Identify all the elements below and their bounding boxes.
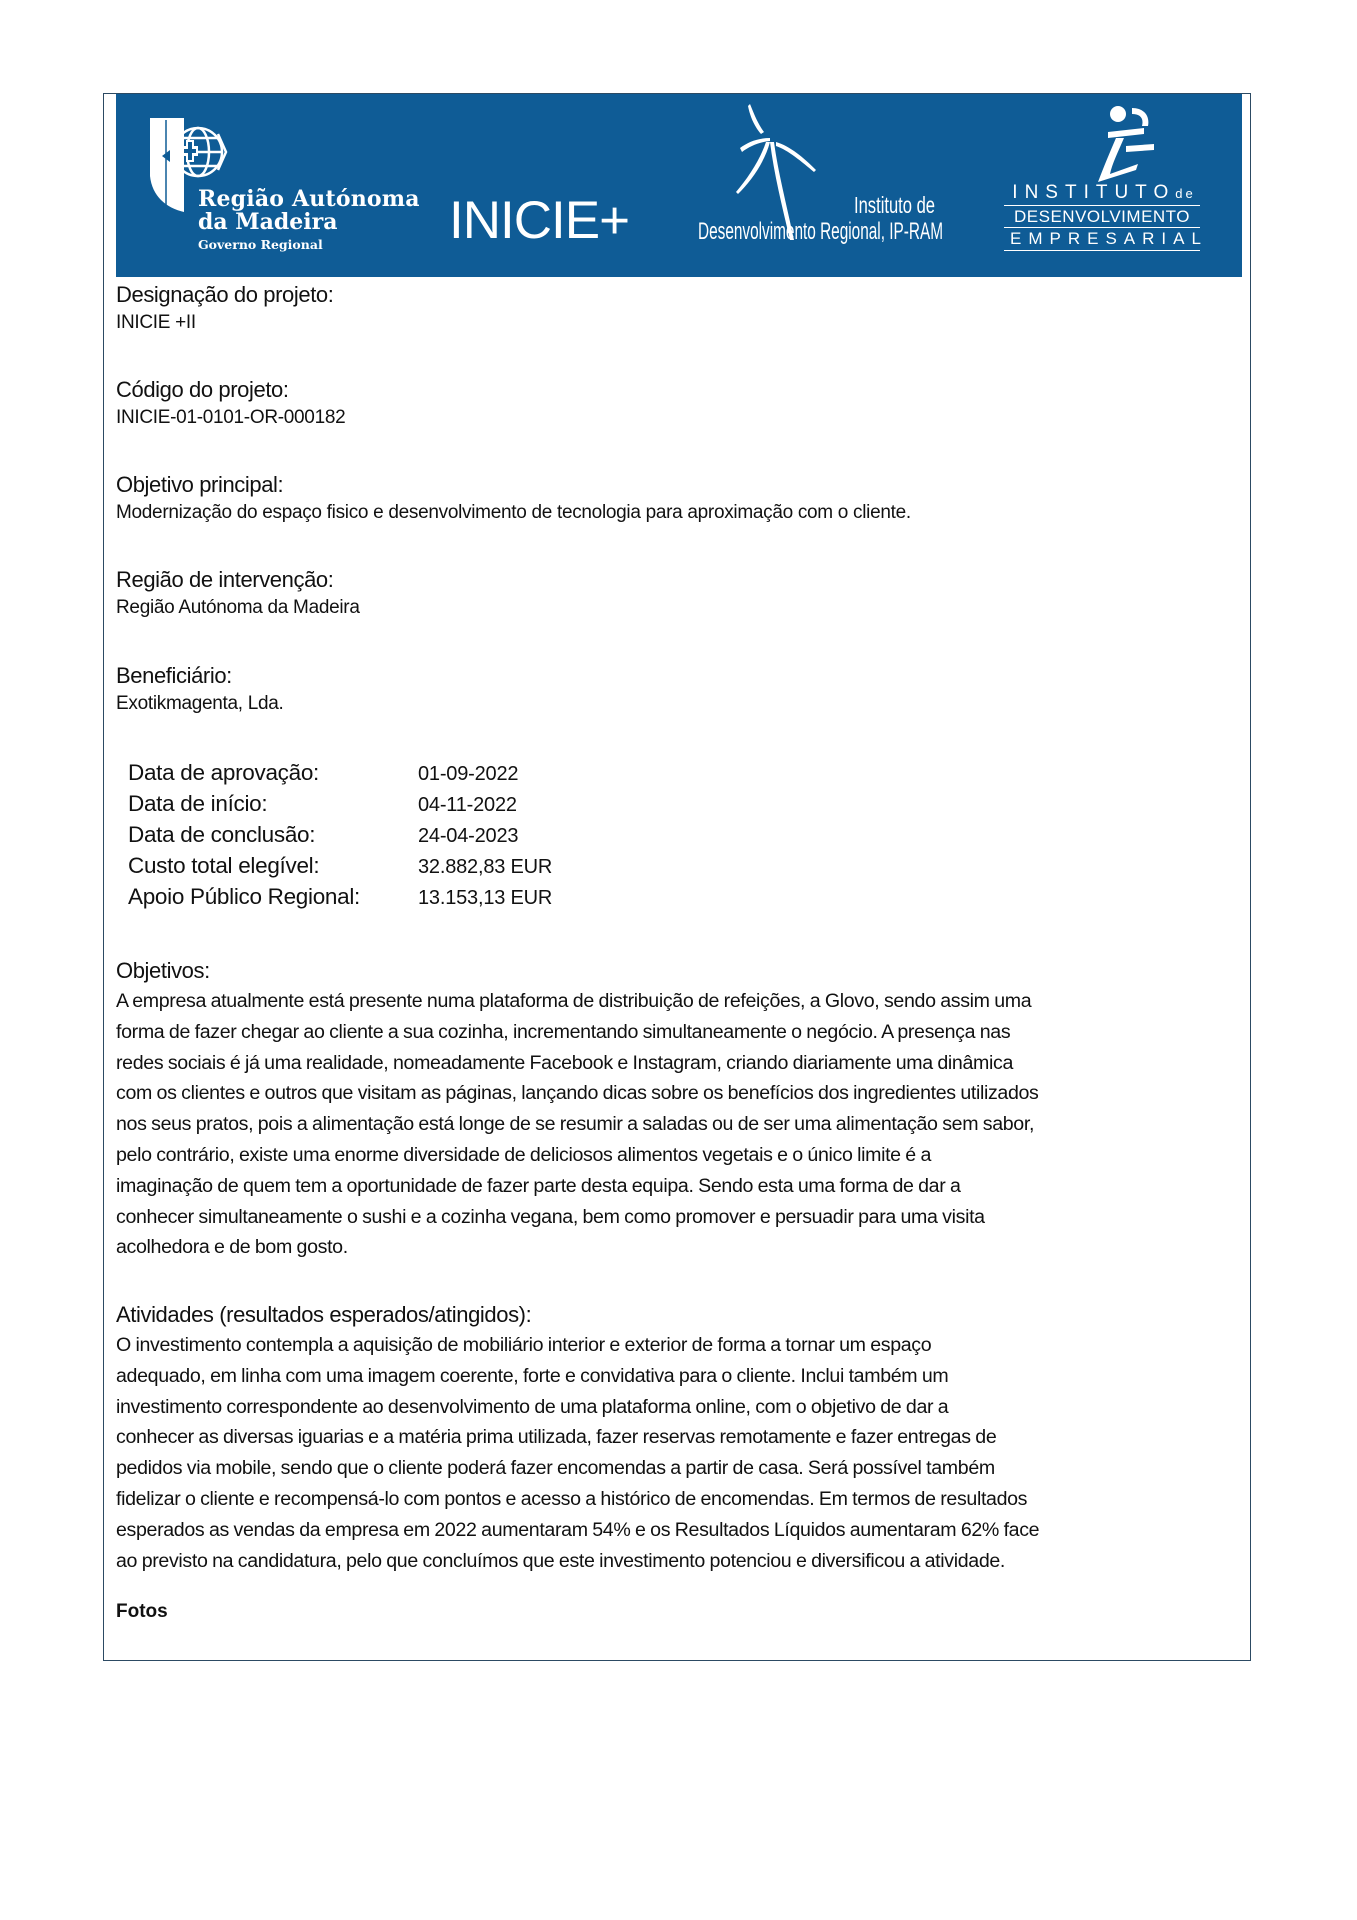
section-value: INICIE-01-0101-OR-000182 xyxy=(116,405,345,431)
paragraph-line: conhecer as diversas iguarias e a matéri… xyxy=(116,1422,1039,1453)
ide-i-symbol-icon xyxy=(1086,104,1166,184)
fact-row: Custo total elegível: 32.882,83 EUR xyxy=(128,853,552,884)
header-banner: Região Autónoma da Madeira Governo Regio… xyxy=(116,94,1242,277)
objetivos-paragraph: A empresa atualmente está presente numa … xyxy=(116,986,1039,1263)
section-label: Designação do projeto: xyxy=(116,280,333,310)
inicie-logo: INICIE+ xyxy=(449,190,629,251)
section-atividades: Atividades (resultados esperados/atingid… xyxy=(116,1300,1039,1576)
section-label: Beneficiário: xyxy=(116,661,284,691)
fact-row: Data de início: 04-11-2022 xyxy=(128,791,552,822)
section-label: Objetivos: xyxy=(116,956,1039,986)
section-objetivo-principal: Objetivo principal: Modernização do espa… xyxy=(116,470,911,526)
project-facts-table: Data de aprovação: 01-09-2022 Data de in… xyxy=(128,760,552,915)
paragraph-line: forma de fazer chegar ao cliente a sua c… xyxy=(116,1017,1039,1048)
paragraph-line: ao previsto na candidatura, pelo que con… xyxy=(116,1546,1039,1577)
section-label: Região de intervenção: xyxy=(116,565,360,595)
paragraph-line: adequado, em linha com uma imagem coeren… xyxy=(116,1361,1039,1392)
paragraph-line: O investimento contempla a aquisição de … xyxy=(116,1330,1039,1361)
section-codigo: Código do projeto: INICIE-01-0101-OR-000… xyxy=(116,375,345,431)
paragraph-line: imaginação de quem tem a oportunidade de… xyxy=(116,1171,1039,1202)
idr-logo-text-line2: Desenvolvimento Regional, IP-RAM xyxy=(698,218,943,246)
paragraph-line: acolhedora e de bom gosto. xyxy=(116,1232,1039,1263)
ide-logo-text: INSTITUTOde DESENVOLVIMENTO EMPRESARIAL xyxy=(1004,182,1200,251)
paragraph-line: com os clientes e outros que visitam as … xyxy=(116,1078,1039,1109)
paragraph-line: investimento correspondente ao desenvolv… xyxy=(116,1392,1039,1423)
paragraph-line: pedidos via mobile, sendo que o cliente … xyxy=(116,1453,1039,1484)
fact-row: Data de aprovação: 01-09-2022 xyxy=(128,760,552,791)
fotos-heading: Fotos xyxy=(116,1601,168,1623)
paragraph-line: redes sociais é já uma realidade, nomead… xyxy=(116,1048,1039,1079)
paragraph-line: fidelizar o cliente e recompensá-lo com … xyxy=(116,1484,1039,1515)
section-label: Código do projeto: xyxy=(116,375,345,405)
section-label: Atividades (resultados esperados/atingid… xyxy=(116,1300,1039,1330)
section-designacao: Designação do projeto: INICIE +II xyxy=(116,280,333,336)
section-beneficiario: Beneficiário: Exotikmagenta, Lda. xyxy=(116,661,284,717)
section-value: Exotikmagenta, Lda. xyxy=(116,691,284,717)
section-label: Objetivo principal: xyxy=(116,470,911,500)
section-regiao: Região de intervenção: Região Autónoma d… xyxy=(116,565,360,621)
paragraph-line: nos seus pratos, pois a alimentação está… xyxy=(116,1109,1039,1140)
paragraph-line: conhecer simultaneamente o sushi e a coz… xyxy=(116,1202,1039,1233)
idr-logo-text-line1: Instituto de xyxy=(854,192,935,219)
paragraph-line: A empresa atualmente está presente numa … xyxy=(116,986,1039,1017)
section-value: Modernização do espaço fisico e desenvol… xyxy=(116,500,911,526)
atividades-paragraph: O investimento contempla a aquisição de … xyxy=(116,1330,1039,1576)
paragraph-line: pelo contrário, existe uma enorme divers… xyxy=(116,1140,1039,1171)
fact-row: Data de conclusão: 24-04-2023 xyxy=(128,822,552,853)
paragraph-line: esperados as vendas da empresa em 2022 a… xyxy=(116,1515,1039,1546)
madeira-logo-text: Região Autónoma da Madeira Governo Regio… xyxy=(198,188,420,252)
section-value: Região Autónoma da Madeira xyxy=(116,595,360,621)
section-objetivos: Objetivos: A empresa atualmente está pre… xyxy=(116,956,1039,1263)
section-value: INICIE +II xyxy=(116,310,333,336)
fact-row: Apoio Público Regional: 13.153,13 EUR xyxy=(128,884,552,915)
